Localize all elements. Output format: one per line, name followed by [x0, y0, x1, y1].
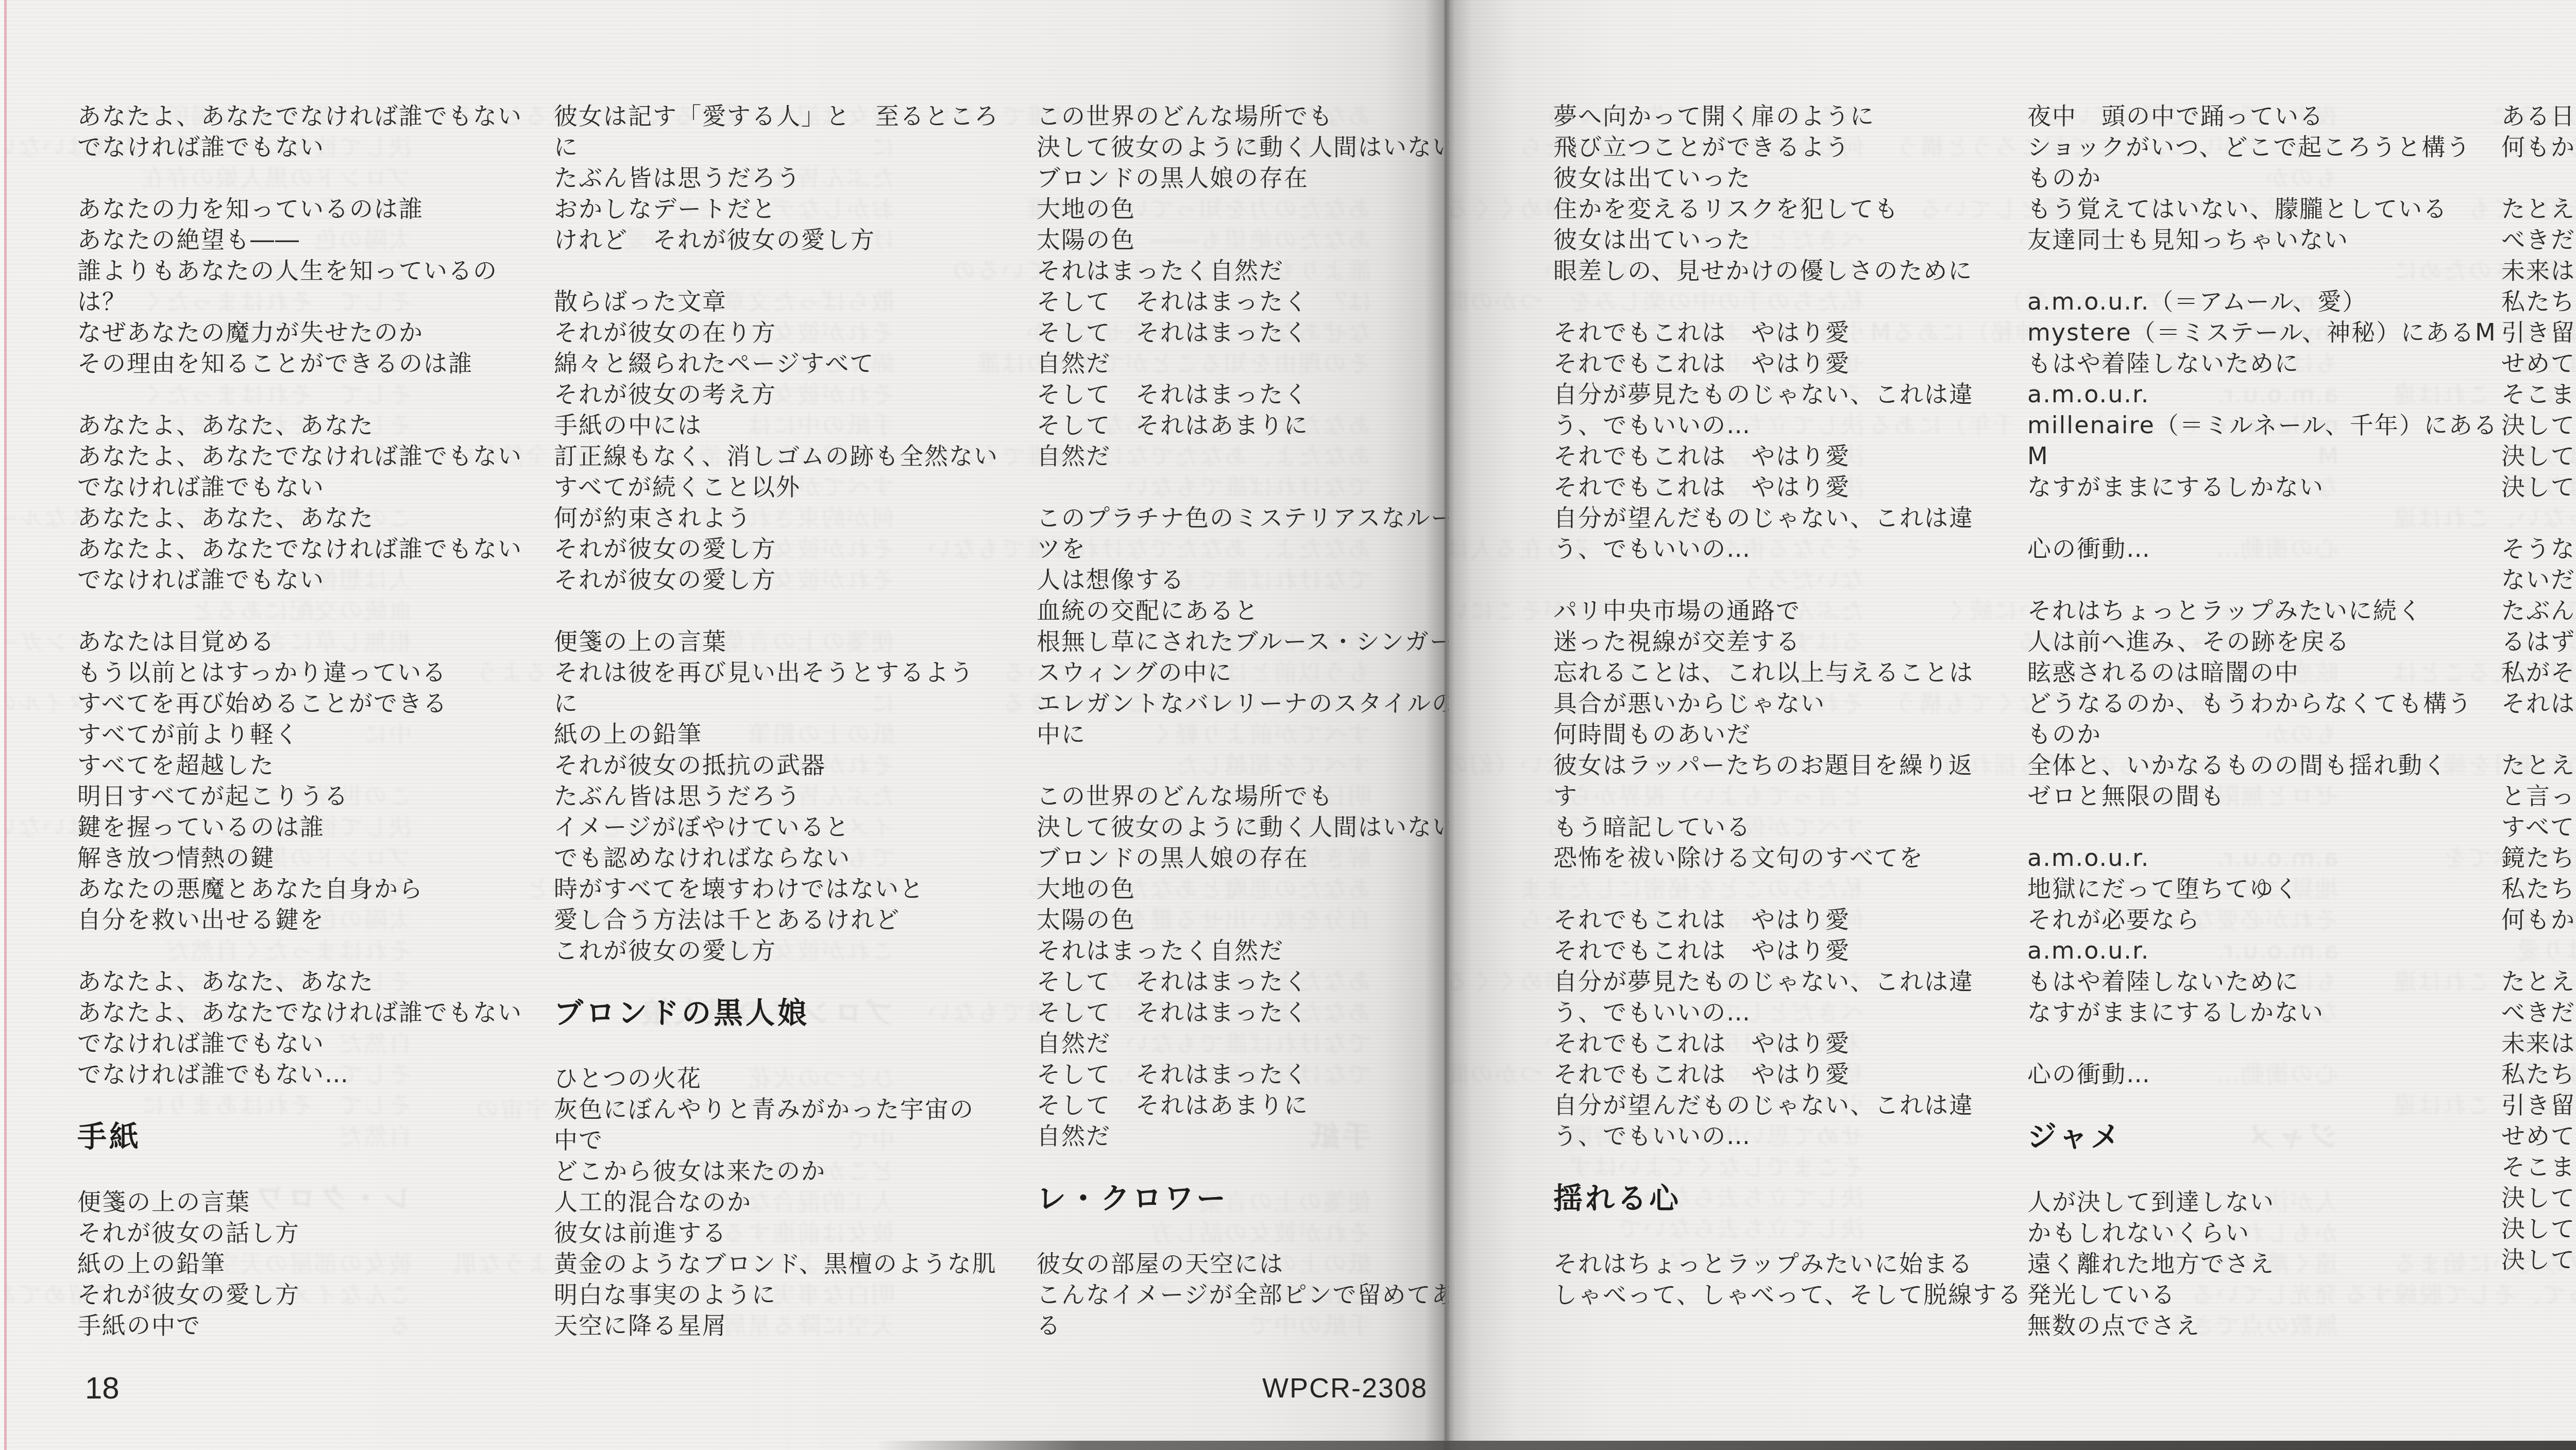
lyric-line: エレガントなバレリーナのスタイルの	[1037, 688, 1449, 719]
lyric-line: それが必要なら	[2027, 904, 2494, 935]
lyric-line: う、でもいいの…	[1553, 410, 2020, 440]
lyrics-column-2: 彼女は記す「愛する人」と 至るところにたぶん皆は思うだろうおかしなデートだとけれ…	[554, 100, 1020, 1372]
lyric-line: 引き留めておけばよい	[2501, 317, 2576, 348]
lyric-line: 遠く離れた地方でさえ	[2027, 1248, 2494, 1279]
lyric-line: 人は前へ進み、その跡を戻る	[2027, 626, 2494, 657]
lyric-line: 誰よりもあなたの人生を知っているの	[77, 255, 544, 286]
song-title-heading: ブロンドの黒人娘	[554, 997, 1020, 1030]
lyric-line: 自分が望んだものじゃない、これは違	[1553, 502, 2020, 533]
lyrics-column-1: あなたよ、あなたでなければ誰でもないでなければ誰でもないあなたの力を知っているの…	[77, 100, 544, 1372]
lyric-line: 眼差しの、見せかけの優しさのために	[1553, 255, 2020, 286]
lyric-line: 明日すべてが起こりうる	[77, 780, 544, 811]
lyric-line: しゃべって、しゃべって、そして脱線する	[1553, 1279, 2020, 1310]
lyric-line: もう覚えてはいない、朦朧としている	[2027, 193, 2494, 224]
lyric-line: 根無し草にされたブルース・シンガーの	[1037, 626, 1449, 657]
lyric-line: すべてを再び始めることができる	[77, 688, 544, 719]
lyric-line: そして それはまったく	[1037, 286, 1449, 317]
lyric-line: 中に	[1037, 719, 1449, 749]
lyric-line: 自然だ	[1037, 1120, 1449, 1151]
lyric-line: あなたよ、あなたでなければ誰でもない	[77, 100, 544, 131]
lyric-line: それが彼女の抵抗の武器	[554, 749, 1020, 780]
stanza: 便箋の上の言葉それは彼を再び見い出そうとするように紙の上の鉛筆それが彼女の抵抗の…	[554, 626, 1020, 966]
stanza: ひとつの火花灰色にぼんやりと青みがかった宇宙の中でどこから彼女は来たのか人工的混…	[554, 1063, 1020, 1341]
lyric-line: 大地の色	[1037, 873, 1449, 904]
lyric-line: それはまったく自然だ	[1037, 935, 1449, 966]
lyric-line: それが彼女の愛し方	[554, 564, 1020, 595]
lyric-line: 飛び立つことができるよう	[1553, 131, 2020, 162]
lyric-line: 愛し合う方法は千とあるけれど	[554, 904, 1020, 935]
lyric-line: たとえ常にすべて うまく締めくくる	[2501, 966, 2576, 997]
stanza: あなたは目覚めるもう以前とはすっかり違っているすべてを再び始めることができるすべ…	[77, 626, 544, 935]
lyric-line: 解き放つ情熱の鍵	[77, 842, 544, 873]
lyric-line: それでもこれは やはり愛	[1553, 904, 2020, 935]
song-title-heading: 揺れる心	[1553, 1182, 2020, 1215]
lyric-line: るはずだ	[2501, 626, 2576, 657]
lyric-line: それでもこれは やはり愛	[1553, 471, 2020, 502]
lyric-line: 決して立ち去らないで	[2501, 440, 2576, 471]
lyric-line: でなければ誰でもない…	[77, 1059, 544, 1089]
stanza: それはちょっとラップみたいに続く人は前へ進み、その跡を戻る眩惑されるのは暗闇の中…	[2027, 595, 2494, 811]
lyric-line: でも認めなければならない	[554, 842, 1020, 873]
lyric-line: たとえ私たちの取るに足りない（幻の、	[2501, 749, 2576, 780]
lyrics-column-5: 夜中 頭の中で踊っているショックがいつ、どこで起ころうと構うものかもう覚えてはい…	[2027, 100, 2494, 1372]
stanza: この世界のどんな場所でも決して彼女のように動く人間はいないブロンドの黒人娘の存在…	[1037, 100, 1449, 471]
lyric-line: ないだろう	[2501, 564, 2576, 595]
lyric-line: ブロンドの黒人娘の存在	[1037, 842, 1449, 873]
lyric-line: 決して立ち去らないで	[2501, 410, 2576, 440]
stanza: あなたよ、あなた、あなたあなたよ、あなたでなければ誰でもないでなければ誰でもない…	[77, 410, 544, 595]
lyric-line: 明白な事実のように	[554, 1279, 1020, 1310]
lyric-line: 太陽の色	[1037, 904, 1449, 935]
stanza: 心の衝動…	[2027, 533, 2494, 564]
lyric-line: 黄金のようなブロンド、黒檀のような肌	[554, 1248, 1020, 1279]
lyric-line: 自分を救い出せる鍵を	[77, 904, 544, 935]
lyric-line: millenaire（＝ミルネール、千年）にある	[2027, 410, 2494, 440]
lyric-line: 彼女は出ていった	[1553, 224, 2020, 255]
lyric-line: もう暗記している	[1553, 811, 2020, 842]
lyric-line: う、でもいいの…	[1553, 997, 2020, 1028]
scan-edge-bottom	[876, 1441, 2576, 1450]
lyric-line: 夢へ向かって開く扉のように	[1553, 100, 2020, 131]
lyric-line: どうなるのか、もうわからなくても構う	[2027, 688, 2494, 719]
lyric-line: 未来は明日戻ってくればよい	[2501, 1028, 2576, 1059]
lyric-line: この世界のどんな場所でも	[1037, 780, 1449, 811]
stanza: たとえ常にすべて うまく締めくくるべきだとしても未来は明日戻ってくればよい私たち…	[2501, 193, 2576, 502]
page-gutter-shadow	[1444, 0, 1449, 1450]
lyric-line: す	[1553, 780, 2020, 811]
lyric-line: 便箋の上の言葉	[554, 626, 1020, 657]
lyric-line: そこまでしなくてよいはず	[2501, 379, 2576, 410]
lyric-line: 紙の上の鉛筆	[77, 1248, 544, 1279]
stanza: この世界のどんな場所でも決して彼女のように動く人間はいないブロンドの黒人娘の存在…	[1037, 780, 1449, 1151]
lyric-line: それが彼女の愛し方	[77, 1279, 544, 1310]
lyric-line: それでもこれは やはり愛	[1553, 935, 2020, 966]
stanza: 彼女の部屋の天空にはこんなイメージが全部ピンで留めてある	[1037, 1248, 1449, 1341]
lyric-line: そして それはまったく	[1037, 379, 1449, 410]
lyric-line: もはや着陸しないために	[2027, 966, 2494, 997]
lyric-line: あなたよ、あなたでなければ誰でもない	[77, 533, 544, 564]
lyric-line: すべてが仮りそめに見えても	[2501, 811, 2576, 842]
lyric-line: たぶん皆は思うだろう	[554, 162, 1020, 193]
lyric-line: a.m.o.u.r.	[2027, 935, 2494, 966]
lyric-line: このプラチナ色のミステリアスなルー	[1037, 502, 1449, 533]
lyric-line: 全体と、いかなるものの間も揺れ動く	[2027, 749, 2494, 780]
lyric-line: たとえ常にすべて うまく締めくくる	[2501, 193, 2576, 224]
stanza: 彼女は記す「愛する人」と 至るところにたぶん皆は思うだろうおかしなデートだとけれ…	[554, 100, 1020, 255]
lyric-line: それが彼女の話し方	[77, 1217, 544, 1248]
lyric-line: 自分が望んだものじゃない、これは違	[1553, 1089, 2020, 1120]
lyric-line: あなたよ、あなた、あなた	[77, 410, 544, 440]
lyric-line: 心の衝動…	[2027, 1059, 2494, 1089]
stanza: たとえ私たちの取るに足りない（幻の、と言ってもよい）視界からはすべてが仮りそめに…	[2501, 749, 2576, 935]
lyric-line: なぜあなたの魔力が失せたのか	[77, 317, 544, 348]
lyric-line: その理由を知ることができるのは誰	[77, 348, 544, 379]
song-title-heading: レ・クロワー	[1037, 1182, 1449, 1215]
stanza: パリ中央市場の通路で迷った視線が交差する忘れることは、これ以上与えることは具合が…	[1553, 595, 2020, 873]
lyric-line: でなければ誰でもない	[77, 131, 544, 162]
lyric-line: 恐怖を祓い除ける文句のすべてを	[1553, 842, 2020, 873]
lyric-line: 何もかもが消えてなくなったら	[2501, 904, 2576, 935]
lyric-line: すべてが続くこと以外	[554, 471, 1020, 502]
lyric-line: もう以前とはすっかり違っている	[77, 657, 544, 688]
lyric-line: もはや着陸しないために	[2027, 348, 2494, 379]
lyric-line: 発光している	[2027, 1279, 2494, 1310]
lyric-line: それでもこれは やはり愛	[1553, 1059, 2020, 1089]
lyric-line: それはあなただったことを	[2501, 688, 2576, 719]
lyric-line: 時がすべてを壊すわけではないと	[554, 873, 1020, 904]
lyric-line: 自然だ	[1037, 1028, 1449, 1059]
lyric-line: 手紙の中で	[77, 1310, 544, 1341]
lyric-line: 中で	[554, 1124, 1020, 1155]
stanza: たとえ常にすべて うまく締めくくるべきだとしても未来は明日戻ってくればよい私たち…	[2501, 966, 2576, 1275]
lyric-line: 彼女は出ていった	[1553, 162, 2020, 193]
stanza: あなたよ、あなたでなければ誰でもないでなければ誰でもない	[77, 100, 544, 162]
stanza: 夜中 頭の中で踊っているショックがいつ、どこで起ころうと構うものかもう覚えてはい…	[2027, 100, 2494, 255]
stanza: 人が決して到達しないかもしれないくらい遠く離れた地方でさえ発光している無数の点で…	[2027, 1186, 2494, 1341]
lyric-line: あなたよ、あなたでなければ誰でもない	[77, 440, 544, 471]
lyric-line: る	[1037, 1310, 1449, 1341]
lyric-line: 鍵を握っているのは誰	[77, 811, 544, 842]
lyric-line: 訂正線もなく、消しゴムの跡も全然ない	[554, 440, 1020, 471]
left-page-columns: あなたよ、あなたでなければ誰でもないでなければ誰でもないあなたの力を知っているの…	[0, 0, 1449, 1450]
lyric-line: せめて思い出すだけの時間	[2501, 1120, 2576, 1151]
song-title-heading: ジャメ	[2027, 1120, 2494, 1153]
lyric-line: に	[554, 131, 1020, 162]
lyric-line: 私がそこにいたことを	[2501, 657, 2576, 688]
stanza: 心の衝動…	[2027, 1059, 2494, 1089]
lyric-line: かもしれないくらい	[2027, 1217, 2494, 1248]
lyric-line: たぶん皆は思うだろう	[554, 780, 1020, 811]
stanza: 便箋の上の言葉それが彼女の話し方紙の上の鉛筆それが彼女の愛し方手紙の中で	[77, 1186, 544, 1341]
right-page-columns: 夢へ向かって開く扉のように飛び立つことができるよう彼女は出ていった住かを変えるリ…	[1449, 0, 2576, 1450]
lyric-line: 心の衝動…	[2027, 533, 2494, 564]
lyric-line: 人は想像する	[1037, 564, 1449, 595]
lyric-line: 綿々と綴られたページすべて	[554, 348, 1020, 379]
lyric-line: う、でもいいの…	[1553, 1120, 2020, 1151]
lyric-line: a.m.o.u.r.（＝アムール、愛）	[2027, 286, 2494, 317]
lyric-line: そして それはまったく	[1037, 997, 1449, 1028]
page-number-left: 18	[85, 1370, 120, 1406]
lyric-line: パリ中央市場の通路で	[1553, 595, 2020, 626]
stanza: このプラチナ色のミステリアスなルーツを人は想像する血統の交配にあると根無し草にさ…	[1037, 502, 1449, 749]
lyric-line: そこまでしなくてよいはず	[2501, 1151, 2576, 1182]
stanza: a.m.o.u.r.地獄にだって堕ちてゆくそれが必要ならa.m.o.u.r.もは…	[2027, 842, 2494, 1028]
lyric-line: イメージがぼやけていると	[554, 811, 1020, 842]
lyric-line: 何時間ものあいだ	[1553, 719, 2020, 749]
lyric-line: 具合が悪いからじゃない	[1553, 688, 2020, 719]
stanza: a.m.o.u.r.（＝アムール、愛）mystere（＝ミステール、神秘）にある…	[2027, 286, 2494, 502]
booklet-page-right: 夢へ向かって開く扉のように飛び立つことができるよう彼女は出ていった住かを変えるリ…	[1449, 0, 2576, 1450]
lyric-line: 紙の上の鉛筆	[554, 719, 1020, 749]
lyric-line: 私たちの手の中の楽しみを つかの間	[2501, 1059, 2576, 1089]
lyric-line: 決して立ち去らないで	[2501, 1244, 2576, 1275]
lyric-line: せめて思い出すだけの時間	[2501, 348, 2576, 379]
lyric-line: 決して立ち去らないで	[2501, 1182, 2576, 1213]
lyric-line: それでもこれは やはり愛	[1553, 348, 2020, 379]
lyric-line: すべてが前より軽く	[77, 719, 544, 749]
catalog-number: WPCR-2308	[1262, 1372, 1428, 1404]
lyric-line: 引き留めておけばよい	[2501, 1089, 2576, 1120]
lyric-line: どこから彼女は来たのか	[554, 1155, 1020, 1186]
lyric-line: 散らばった文章	[554, 286, 1020, 317]
lyric-line: あなたよ、あなた、あなた	[77, 966, 544, 997]
lyric-line: 決して立ち去らないで	[2501, 471, 2576, 502]
stanza: それはちょっとラップみたいに始まるしゃべって、しゃべって、そして脱線する	[1553, 1248, 2020, 1310]
lyric-line: 無数の点でさえ	[2027, 1310, 2494, 1341]
lyric-line: 自然だ	[1037, 348, 1449, 379]
lyric-line: ものか	[2027, 719, 2494, 749]
lyric-line: 大地の色	[1037, 193, 1449, 224]
booklet-spread-scan: あなたよ、あなたでなければ誰でもないでなければ誰でもないあなたの力を知っているの…	[0, 0, 2576, 1450]
lyric-line: 決して彼女のように動く人間はいない	[1037, 131, 1449, 162]
lyric-line: これが彼女の愛し方	[554, 935, 1020, 966]
stanza: あなたよ、あなた、あなたあなたよ、あなたでなければ誰でもないでなければ誰でもない…	[77, 966, 544, 1089]
lyric-line: 彼女は前進する	[554, 1217, 1020, 1248]
lyric-line: そして それはまったく	[1037, 317, 1449, 348]
lyric-line: ものか	[2027, 162, 2494, 193]
stanza: そうなる術を知らずに、そう在る人はいないだろうたぶん思い出そうと 誰かがそこにい…	[2501, 533, 2576, 719]
lyric-line: 決して彼女のように動く人間はいない	[1037, 811, 1449, 842]
lyric-line: それが彼女の考え方	[554, 379, 1020, 410]
lyric-line: あなたよ、あなたでなければ誰でもない	[77, 997, 544, 1028]
lyric-line: ゼロと無限の間も	[2027, 780, 2494, 811]
lyric-line: それが彼女の愛し方	[554, 533, 1020, 564]
lyric-line: 灰色にぼんやりと青みがかった宇宙の	[554, 1094, 1020, 1124]
lyric-line: それはちょっとラップみたいに始まる	[1553, 1248, 2020, 1279]
lyric-line: 彼女は記す「愛する人」と 至るところ	[554, 100, 1020, 131]
lyric-line: 何もかもが消えてなくなったら	[2501, 131, 2576, 162]
lyric-line: ショックがいつ、どこで起ころうと構う	[2027, 131, 2494, 162]
lyric-line: べきだとしても	[2501, 997, 2576, 1028]
lyric-line: 彼女はラッパーたちのお題目を繰り返	[1553, 749, 2020, 780]
lyric-line: そして それはまったく	[1037, 966, 1449, 997]
stanza: それでもこれは やはり愛それでもこれは やはり愛自分が夢見たものじゃない、これは…	[1553, 317, 2020, 564]
lyric-line: a.m.o.u.r.	[2027, 842, 2494, 873]
stanza: それでもこれは やはり愛それでもこれは やはり愛自分が夢見たものじゃない、これは…	[1553, 904, 2020, 1151]
lyric-line: 何が約束されよう	[554, 502, 1020, 533]
lyric-line: 自分が夢見たものじゃない、これは違	[1553, 966, 2020, 997]
lyric-line: 迷った視線が交差する	[1553, 626, 2020, 657]
lyric-line: 住かを変えるリスクを犯しても	[1553, 193, 2020, 224]
song-title-heading: 手紙	[77, 1120, 544, 1153]
lyric-line: それでもこれは やはり愛	[1553, 317, 2020, 348]
lyric-line: こんなイメージが全部ピンで留めてあ	[1037, 1279, 1449, 1310]
lyric-line: そうなる術を知らずに、そう在る人はい	[2501, 533, 2576, 564]
lyric-line: おかしなデートだと	[554, 193, 1020, 224]
lyric-line: そして それはあまりに	[1037, 1089, 1449, 1120]
lyric-line: 未来は明日戻ってくればよい	[2501, 255, 2576, 286]
lyric-line: なすがままにするしかない	[2027, 997, 2494, 1028]
lyric-line: それが彼女の在り方	[554, 317, 1020, 348]
lyric-line: すべてを超越した	[77, 749, 544, 780]
lyric-line: 人工的混合なのか	[554, 1186, 1020, 1217]
lyric-line: それはちょっとラップみたいに続く	[2027, 595, 2494, 626]
lyric-line: べきだとしても	[2501, 224, 2576, 255]
stanza: あなたの力を知っているのは誰あなたの絶望も――誰よりもあなたの人生を知っているの…	[77, 193, 544, 379]
lyric-line: でなければ誰でもない	[77, 1028, 544, 1059]
lyric-line: あなたの力を知っているのは誰	[77, 193, 544, 224]
lyric-line: 地獄にだって堕ちてゆく	[2027, 873, 2494, 904]
lyric-line: と言ってもよい）視界からは	[2501, 780, 2576, 811]
lyric-line: 眩惑されるのは暗闇の中	[2027, 657, 2494, 688]
lyric-line: う、でもいいの…	[1553, 533, 2020, 564]
lyrics-column-4: 夢へ向かって開く扉のように飛び立つことができるよう彼女は出ていった住かを変えるリ…	[1553, 100, 2020, 1341]
lyric-line: 便箋の上の言葉	[77, 1186, 544, 1217]
scan-edge-left	[0, 0, 4, 1450]
lyric-line: 忘れることは、これ以上与えることは	[1553, 657, 2020, 688]
lyric-line: 太陽の色	[1037, 224, 1449, 255]
lyric-line: それは彼を再び見い出そうとするよう	[554, 657, 1020, 688]
lyric-line: M	[2027, 440, 2494, 471]
lyric-line: ブロンドの黒人娘の存在	[1037, 162, 1449, 193]
stanza: 散らばった文章それが彼女の在り方綿々と綴られたページすべてそれが彼女の考え方手紙…	[554, 286, 1020, 595]
lyric-line: けれど それが彼女の愛し方	[554, 224, 1020, 255]
lyric-line: あなたは目覚める	[77, 626, 544, 657]
lyric-line: 夜中 頭の中で踊っている	[2027, 100, 2494, 131]
lyric-line: 決して立ち去らないで	[2501, 1213, 2576, 1244]
lyric-line: それでもこれは やはり愛	[1553, 440, 2020, 471]
lyric-line: は？	[77, 286, 544, 317]
lyric-line: そして それはまったく	[1037, 1059, 1449, 1089]
lyric-line: あなたの悪魔とあなた自身から	[77, 873, 544, 904]
lyric-line: a.m.o.u.r.	[2027, 379, 2494, 410]
lyric-line: 人が決して到達しない	[2027, 1186, 2494, 1217]
lyric-line: この世界のどんな場所でも	[1037, 100, 1449, 131]
scan-edge-left-artifact	[4, 0, 7, 1450]
lyric-line: でなければ誰でもない	[77, 564, 544, 595]
lyric-line: 私たちの手の中の楽しみを つかの間	[2501, 286, 2576, 317]
lyrics-column-3: この世界のどんな場所でも決して彼女のように動く人間はいないブロンドの黒人娘の存在…	[1037, 100, 1449, 1372]
lyric-line: 彼女の部屋の天空には	[1037, 1248, 1449, 1279]
lyric-line: 天空に降る星屑	[554, 1310, 1020, 1341]
lyric-line: 自然だ	[1037, 440, 1449, 471]
booklet-page-left: あなたよ、あなたでなければ誰でもないでなければ誰でもないあなたの力を知っているの…	[0, 0, 1449, 1450]
lyric-line: ひとつの火花	[554, 1063, 1020, 1094]
lyrics-column-6: ある日 明かりを失うという何もかもが消えてなくなったらたとえ常にすべて うまく締…	[2501, 100, 2576, 1306]
lyric-line: あなたよ、あなた、あなた	[77, 502, 544, 533]
stanza: 夢へ向かって開く扉のように飛び立つことができるよう彼女は出ていった住かを変えるリ…	[1553, 100, 2020, 286]
lyric-line: 鏡たちの深い沈黙が	[2501, 842, 2576, 873]
lyric-line: でなければ誰でもない	[77, 471, 544, 502]
lyric-line: 自分が夢見たものじゃない、これは違	[1553, 379, 2020, 410]
lyric-line: そして それはあまりに	[1037, 410, 1449, 440]
lyric-line: たぶん思い出そうと 誰かがそこにい	[2501, 595, 2576, 626]
stanza: ある日 明かりを失うという何もかもが消えてなくなったら	[2501, 100, 2576, 162]
lyric-line: スウィングの中に	[1037, 657, 1449, 688]
lyric-line: 私たちのことを秘密にしたまま	[2501, 873, 2576, 904]
lyric-line: 血統の交配にあると	[1037, 595, 1449, 626]
lyric-line: それでもこれは やはり愛	[1553, 1028, 2020, 1059]
lyric-line: に	[554, 688, 1020, 719]
lyric-line: 手紙の中には	[554, 410, 1020, 440]
lyric-line: なすがままにするしかない	[2027, 471, 2494, 502]
lyric-line: mystere（＝ミステール、神秘）にあるM	[2027, 317, 2494, 348]
lyric-line: ある日 明かりを失うという	[2501, 100, 2576, 131]
lyric-line: あなたの絶望も――	[77, 224, 544, 255]
lyric-line: 友達同士も見知っちゃいない	[2027, 224, 2494, 255]
lyric-line: ツを	[1037, 533, 1449, 564]
lyric-line: それはまったく自然だ	[1037, 255, 1449, 286]
